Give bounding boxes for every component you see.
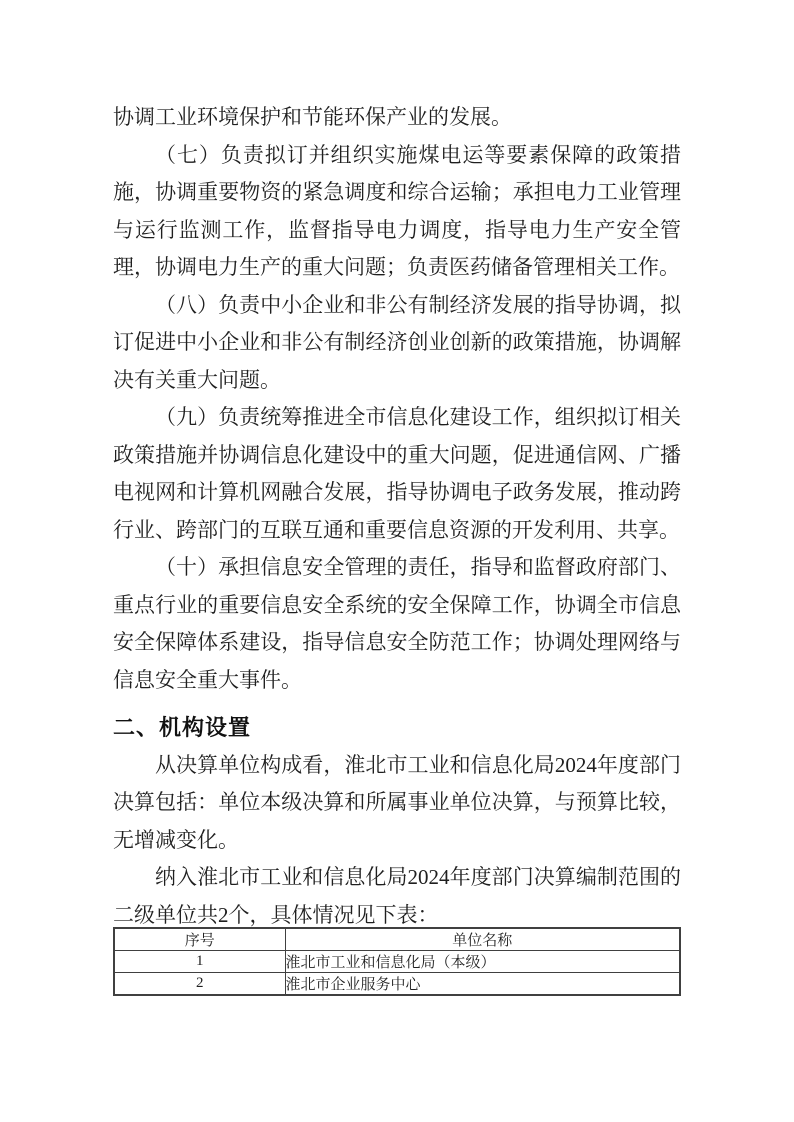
cell-row1-unit-name: 淮北市工业和信息化局（本级） [285, 951, 680, 973]
paragraph-continuation-environment: 协调工业环境保护和节能环保产业的发展。 [113, 99, 681, 137]
paragraph-secondary-units-intro: 纳入淮北市工业和信息化局2024年度部门决算编制范围的二级单位共2个，具体情况见… [113, 859, 681, 934]
section-heading-organization-setup: 二、机构设置 [113, 709, 681, 747]
paragraph-budget-unit-composition: 从决算单位构成看，淮北市工业和信息化局2024年度部门决算包括：单位本级决算和所… [113, 747, 681, 860]
cell-row2-unit-name: 淮北市企业服务中心 [285, 973, 680, 996]
cell-row1-index: 1 [114, 951, 285, 973]
cell-row2-index: 2 [114, 973, 285, 996]
paragraph-duty-8-sme-economy: （八）负责中小企业和非公有制经济发展的指导协调，拟订促进中小企业和非公有制经济创… [113, 287, 681, 400]
table-row: 1 淮北市工业和信息化局（本级） [114, 951, 680, 973]
table-row: 2 淮北市企业服务中心 [114, 973, 680, 996]
paragraph-duty-7-energy-supply: （七）负责拟订并组织实施煤电运等要素保障的政策措施，协调重要物资的紧急调度和综合… [113, 137, 681, 287]
document-content: 协调工业环境保护和节能环保产业的发展。 （七）负责拟订并组织实施煤电运等要素保障… [113, 99, 681, 996]
paragraph-duty-10-info-security: （十）承担信息安全管理的责任，指导和监督政府部门、重点行业的重要信息安全系统的安… [113, 549, 681, 699]
units-table: 序号 单位名称 1 淮北市工业和信息化局（本级） 2 淮北市企业服务中心 [113, 927, 681, 996]
document-page: 协调工业环境保护和节能环保产业的发展。 （七）负责拟订并组织实施煤电运等要素保障… [0, 0, 794, 1122]
paragraph-duty-9-informatization: （九）负责统筹推进全市信息化建设工作，组织拟订相关政策措施并协调信息化建设中的重… [113, 399, 681, 549]
